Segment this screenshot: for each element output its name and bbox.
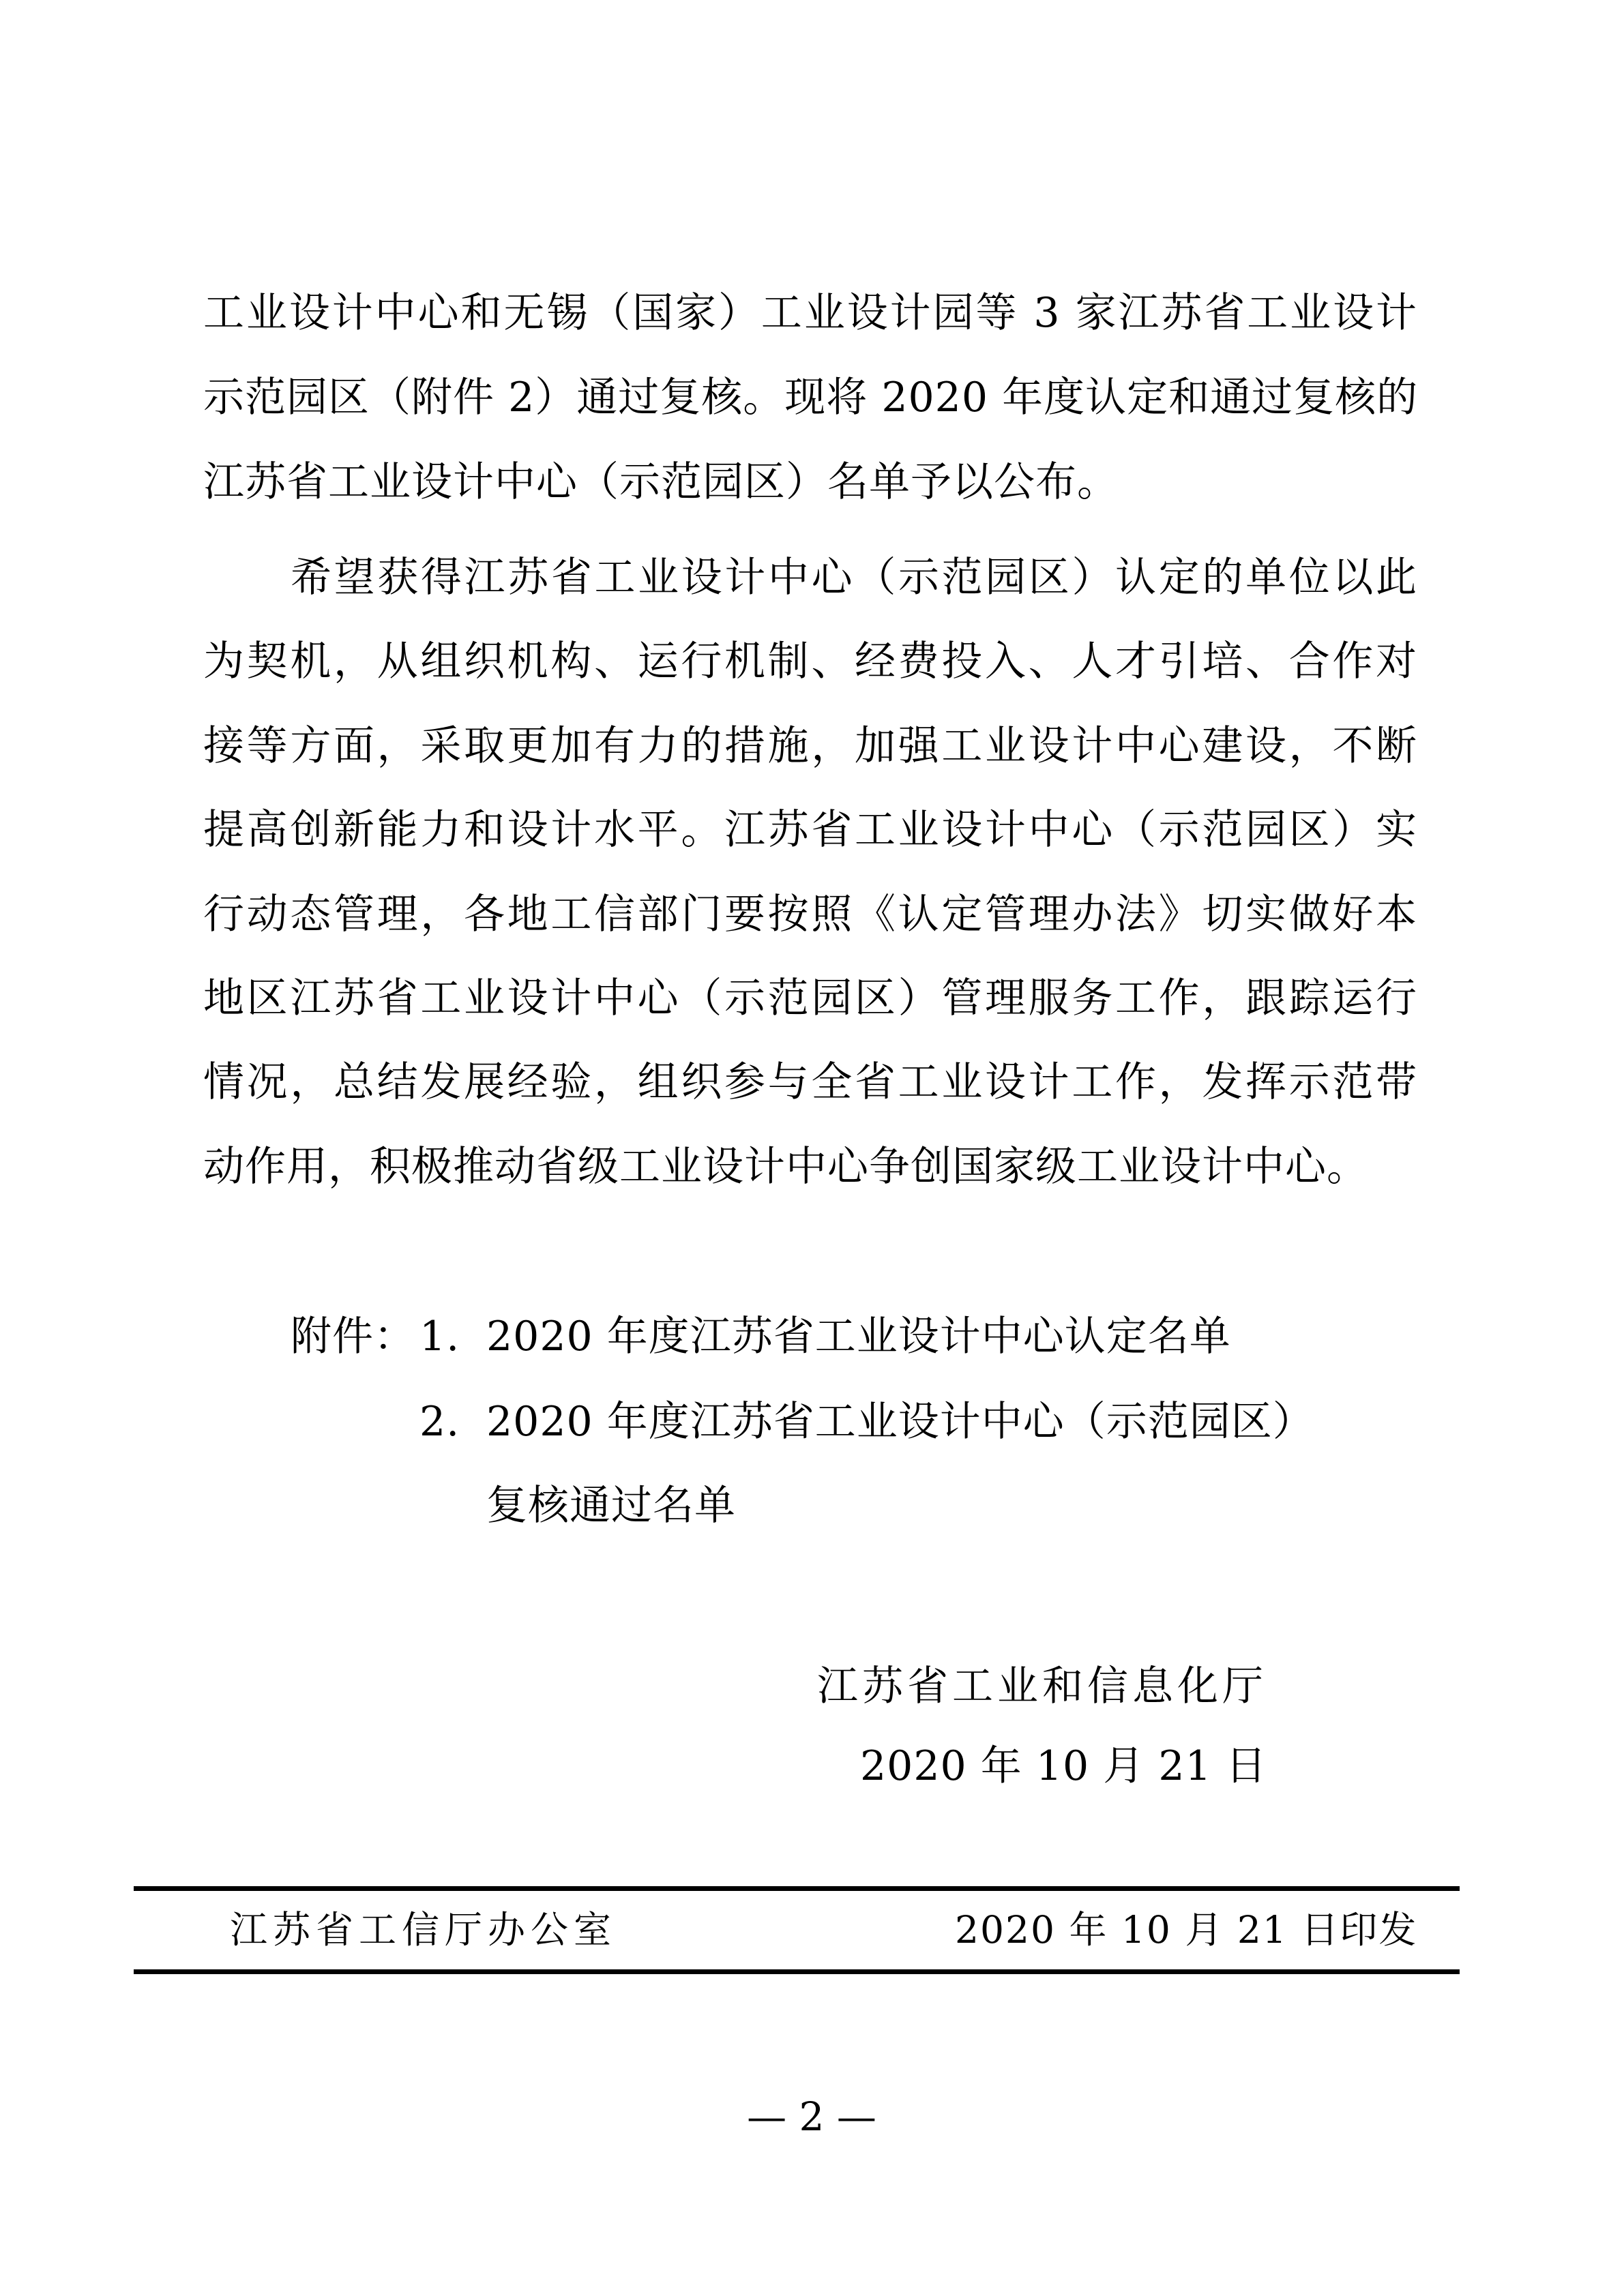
footer-office: 江苏省工信厅办公室: [230, 1909, 617, 1950]
paragraph-2-line-6: 地区江苏省工业设计中心（示范园区）管理服务工作，跟踪运行: [203, 976, 1417, 1020]
paragraph-2-line-4: 提高创新能力和设计水平。江苏省工业设计中心（示范园区）实: [203, 808, 1417, 852]
attachment-2-number: 2.: [419, 1400, 460, 1444]
attachment-2-title-line-1: 2020 年度江苏省工业设计中心（示范园区）: [486, 1400, 1314, 1444]
paragraph-2-line-7: 情况，总结发展经验，组织参与全省工业设计工作，发挥示范带: [203, 1060, 1417, 1104]
issuer-signature: 江苏省工业和信息化厅: [817, 1665, 1267, 1708]
footer-top-rule: [134, 1886, 1460, 1891]
issue-date: 2020 年 10 月 21 日: [860, 1744, 1267, 1788]
paragraph-2-line-3: 接等方面，采取更加有力的措施，加强工业设计中心建设，不断: [203, 724, 1417, 768]
paragraph-2-line-1: 希望获得江苏省工业设计中心（示范园区）认定的单位以此: [291, 556, 1417, 599]
footer-print-date: 2020 年 10 月 21 日印发: [955, 1909, 1417, 1950]
attachment-2-title-line-2: 复核通过名单: [486, 1484, 736, 1527]
paragraph-1-line-1: 工业设计中心和无锡（国家）工业设计园等 3 家江苏省工业设计: [203, 291, 1417, 335]
attachment-1-number: 1.: [419, 1315, 460, 1358]
attachments-label: 附件：: [291, 1315, 415, 1358]
paragraph-2-line-5: 行动态管理，各地工信部门要按照《认定管理办法》切实做好本: [203, 893, 1417, 936]
footer-bottom-rule: [134, 1969, 1460, 1974]
paragraph-1-line-3: 江苏省工业设计中心（示范园区）名单予以公布。: [203, 460, 1417, 504]
paragraph-2-line-8: 动作用，积极推动省级工业设计中心争创国家级工业设计中心。: [203, 1145, 1417, 1189]
paragraph-1-line-2: 示范园区（附件 2）通过复核。现将 2020 年度认定和通过复核的: [203, 376, 1417, 419]
document-page: 工业设计中心和无锡（国家）工业设计园等 3 家江苏省工业设计 示范园区（附件 2…: [0, 0, 1624, 2296]
attachment-1-title: 2020 年度江苏省工业设计中心认定名单: [486, 1315, 1231, 1358]
paragraph-2-line-2: 为契机，从组织机构、运行机制、经费投入、人才引培、合作对: [203, 640, 1417, 683]
page-number: — 2 —: [743, 2095, 880, 2138]
